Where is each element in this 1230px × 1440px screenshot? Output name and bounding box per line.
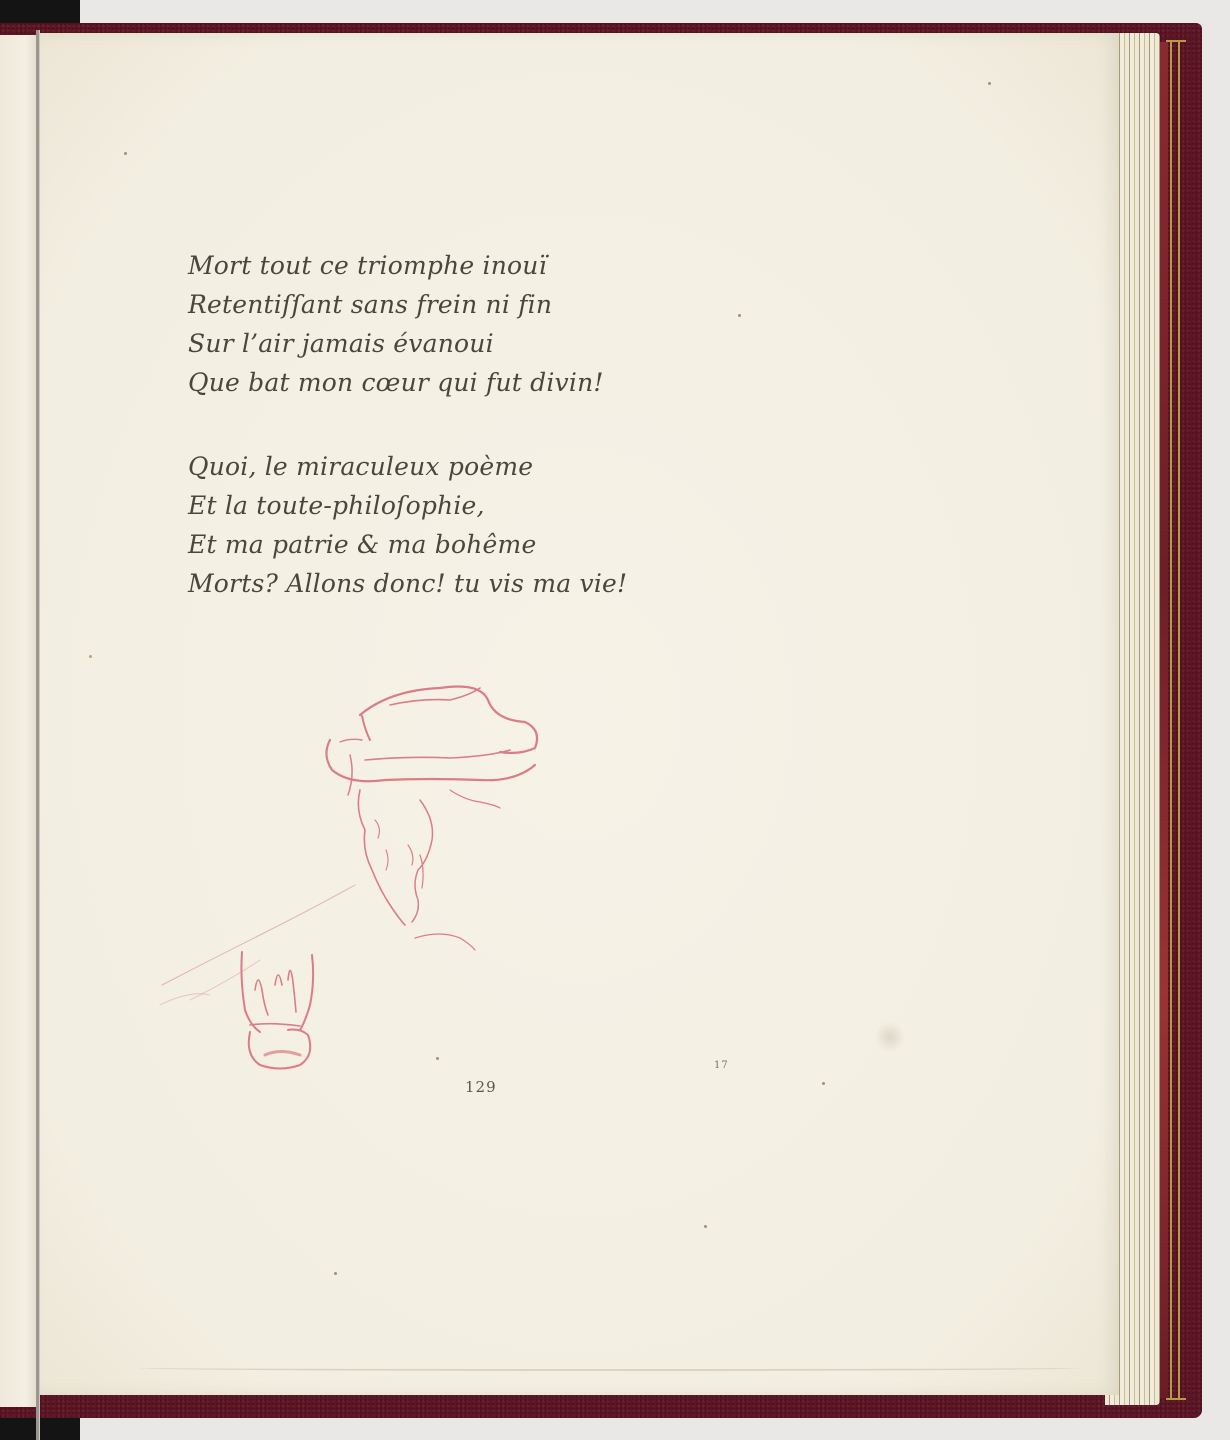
paper-speck — [334, 1272, 337, 1275]
gutter — [36, 30, 39, 1440]
verse-line: Retentiſſant sans frein ni fin — [188, 285, 627, 324]
verse-line: Et la toute-philoſophie, — [188, 486, 627, 525]
paper-speck — [822, 1082, 825, 1085]
marbled-endpaper — [1160, 42, 1168, 1398]
page-number: 129 — [465, 1078, 497, 1096]
verse-line: Morts? Allons donc! tu vis ma vie! — [188, 564, 627, 603]
gilt-fillet — [1178, 42, 1180, 1398]
signature-mark: 17 — [714, 1060, 729, 1071]
stanza-1: Mort tout ce triomphe inouï Retentiſſant… — [188, 246, 627, 402]
paper-speck — [988, 82, 991, 85]
verse-line: Sur l’air jamais évanoui — [188, 324, 627, 363]
paper-smudge — [876, 1020, 904, 1054]
gilt-fillet — [1170, 42, 1172, 1398]
verse-line: Mort tout ce triomphe inouï — [188, 246, 627, 285]
stanza-2: Quoi, le miraculeux poème Et la toute-ph… — [188, 447, 627, 603]
poem: Mort tout ce triomphe inouï Retentiſſant… — [188, 246, 627, 648]
paper-speck — [124, 152, 127, 155]
paper-speck — [436, 1057, 439, 1060]
deckle-edge — [139, 1365, 1079, 1371]
gilt-fillet-top — [1166, 40, 1186, 42]
paper-speck — [704, 1225, 707, 1228]
verse-line: Que bat mon cœur qui fut divin! — [188, 363, 627, 402]
paper-speck — [89, 655, 92, 658]
verse-line: Quoi, le miraculeux poème — [188, 447, 627, 486]
paper-speck — [738, 314, 741, 317]
verse-line: Et ma patrie & ma bohême — [188, 525, 627, 564]
left-page-edge — [0, 35, 36, 1407]
red-chalk-sketch — [150, 660, 570, 1080]
gilt-fillet-bottom — [1166, 1398, 1186, 1400]
